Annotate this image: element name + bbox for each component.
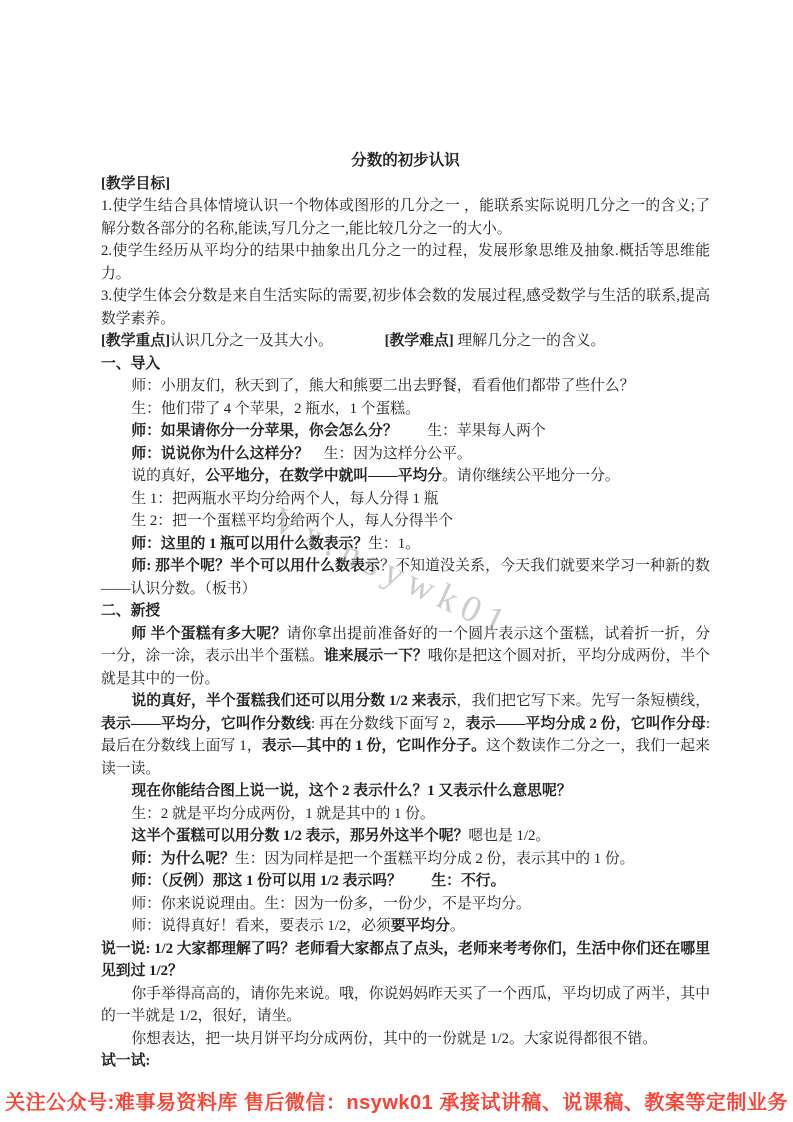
- text-run: 师：（反例）那这 1 份可以用 1/2 表示吗？ 生：不行。: [131, 873, 505, 889]
- text-run: 生 2：把一个蛋糕平均分给两个人，每人分得半个: [131, 513, 453, 529]
- paragraph: 1.使学生结合具体情境认识一个物体或图形的几分之一 ，能联系实际说明几分之一的含…: [101, 195, 710, 240]
- text-run: 师：你来说说理由。生：因为一份多，一份少，不是平均分。: [131, 896, 531, 912]
- text-run: 生：他们带了 4 个苹果，2 瓶水，1 个蛋糕。: [131, 401, 420, 417]
- text-run: 你手举得高高的，请你先来说。哦，你说妈妈昨天买了一个西瓜，平均切成了两半，其中的…: [101, 986, 710, 1025]
- text-run: 师：这里的 1 瓶可以用什么数表示？: [131, 536, 368, 552]
- text-run: 分数的初步认识: [351, 152, 460, 169]
- document-page: 分数的初步认识[教学目标]1.使学生结合具体情境认识一个物体或图形的几分之一 ，…: [0, 0, 793, 1122]
- text-run: 谁来展示一下？: [324, 648, 428, 664]
- text-run: [325, 333, 384, 349]
- text-run: 理解几分之一的含义。: [454, 333, 606, 349]
- paragraph: 生：他们带了 4 个苹果，2 瓶水，1 个蛋糕。: [101, 398, 710, 421]
- text-run: 师：如果请你分一分苹果，你会怎么分？: [131, 423, 397, 439]
- text-run: 认识几分之一及其大小。: [170, 333, 325, 349]
- text-run: 表示——平均分成 2 份，它叫作分母: [466, 716, 706, 732]
- text-run: 师：说得真好！看来，要表示 1/2，必须: [131, 918, 390, 934]
- text-run: 说的真好，: [131, 468, 205, 484]
- paragraph: 生 2：把一个蛋糕平均分给两个人，每人分得半个: [101, 510, 710, 533]
- text-run: 生：因为同样是把一个蛋糕平均分成 2 份，表示其中的 1 份。: [235, 851, 635, 867]
- text-run: 。: [450, 918, 465, 934]
- text-run: [教学重点]: [101, 333, 170, 349]
- text-run: 1.使学生结合具体情境认识一个物体或图形的几分之一 ，能联系实际说明几分之一的含…: [101, 198, 710, 237]
- text-run: 师 半个蛋糕有多大呢？: [131, 626, 286, 642]
- text-run: 你想表达，把一块月饼平均分成两份，其中的一份就是 1/2。大家说得都很不错。: [131, 1031, 657, 1047]
- text-run: 试一试:: [101, 1053, 150, 1069]
- text-run: 一、导入: [101, 356, 160, 372]
- paragraph: 这半个蛋糕可以用分数 1/2 表示，那另外这半个呢？嗯也是 1/2。: [101, 825, 710, 848]
- paragraph: 生：2 就是平均分成两份，1 就是其中的 1 份。: [101, 803, 710, 826]
- document-body: 分数的初步认识[教学目标]1.使学生结合具体情境认识一个物体或图形的几分之一 ，…: [101, 150, 710, 1073]
- page-title: 分数的初步认识: [101, 150, 710, 173]
- paragraph: 说的真好，半个蛋糕我们还可以用分数 1/2 来表示，我们把它写下来。先写一条短横…: [101, 690, 710, 780]
- paragraph: 试一试:: [101, 1050, 710, 1073]
- text-run: 要平均分: [391, 918, 450, 934]
- text-run: 表示—其中的 1 份，它叫作分子。: [262, 738, 486, 754]
- text-run: 。请你继续公平地分一分。: [442, 468, 620, 484]
- text-run: 这半个蛋糕可以用分数 1/2 表示，那另外这半个呢？: [131, 828, 468, 844]
- paragraph: 二、新授: [101, 600, 710, 623]
- text-run: : 再在分数线下面写 2，: [311, 716, 466, 732]
- paragraph: 师：如果请你分一分苹果，你会怎么分？ 生：苹果每人两个: [101, 420, 710, 443]
- text-run: 表示——平均分，它叫作分数线: [101, 716, 311, 732]
- paragraph: 师：小朋友们，秋天到了，熊大和熊要二出去野餐，看看他们都带了些什么？: [101, 375, 710, 398]
- text-run: 生：2 就是平均分成两份，1 就是其中的 1 份。: [131, 806, 434, 822]
- paragraph: 师：说说你为什么这样分？ 生：因为这样分公平。: [101, 443, 710, 466]
- paragraph: 师：为什么呢？生：因为同样是把一个蛋糕平均分成 2 份，表示其中的 1 份。: [101, 848, 710, 871]
- text-run: [教学难点]: [385, 333, 454, 349]
- text-run: 3.使学生体会分数是来自生活实际的需要,初步体会数的发展过程,感受数学与生活的联…: [101, 288, 710, 327]
- paragraph: 说一说: 1/2 大家都理解了吗？老师看大家都点了点头，老师来考考你们，生活中你…: [101, 938, 710, 983]
- text-run: ，我们把它写下来。先写一条短横线，: [456, 693, 710, 709]
- text-run: 师：说说你为什么这样分？: [131, 446, 309, 462]
- paragraph: 你想表达，把一块月饼平均分成两份，其中的一份就是 1/2。大家说得都很不错。: [101, 1028, 710, 1051]
- text-run: 师：小朋友们，秋天到了，熊大和熊要二出去野餐，看看他们都带了些什么？: [131, 378, 634, 394]
- text-run: 说一说: 1/2 大家都理解了吗？老师看大家都点了点头，老师来考考你们，生活中你…: [101, 941, 710, 980]
- paragraph: 师 半个蛋糕有多大呢？请你拿出提前准备好的一个圆片表示这个蛋糕，试着折一折，分一…: [101, 623, 710, 691]
- text-run: 2.使学生经历从平均分的结果中抽象出几分之一的过程，发展形象思维及抽象.概括等思…: [101, 243, 710, 282]
- paragraph: [教学目标]: [101, 173, 710, 196]
- paragraph: 师：这里的 1 瓶可以用什么数表示？生：1。: [101, 533, 710, 556]
- text-run: 生：因为这样分公平。: [309, 446, 472, 462]
- paragraph: 说的真好，公平地分，在数学中就叫——平均分。请你继续公平地分一分。: [101, 465, 710, 488]
- paragraph: [教学重点]认识几分之一及其大小。 [教学难点] 理解几分之一的含义。: [101, 330, 710, 353]
- paragraph: 现在你能结合图上说一说，这个 2 表示什么？1 又表示什么意思呢？: [101, 780, 710, 803]
- paragraph: 师：说得真好！看来，要表示 1/2，必须要平均分。: [101, 915, 710, 938]
- text-run: 师: 那半个呢？半个可以用什么数表示: [131, 558, 380, 574]
- text-run: 嗯也是 1/2。: [468, 828, 550, 844]
- paragraph: 一、导入: [101, 353, 710, 376]
- text-run: 说的真好，半个蛋糕我们还可以用分数 1/2 来表示: [131, 693, 456, 709]
- footer-promo-text: 关注公众号:难事易资料库 售后微信：nsywk01 承接试讲稿、说课稿、教案等定…: [0, 1086, 793, 1115]
- paragraph: 师: 那半个呢？半个可以用什么数表示？不知道没关系，今天我们就要来学习一种新的数…: [101, 555, 710, 600]
- text-run: 生：1。: [368, 536, 420, 552]
- text-run: 师：为什么呢？: [131, 851, 235, 867]
- text-run: [教学目标]: [101, 176, 170, 192]
- paragraph: 师：你来说说理由。生：因为一份多，一份少，不是平均分。: [101, 893, 710, 916]
- paragraph: 师：（反例）那这 1 份可以用 1/2 表示吗？ 生：不行。: [101, 870, 710, 893]
- text-run: 二、新授: [101, 603, 160, 619]
- text-run: 生：苹果每人两个: [398, 423, 546, 439]
- text-run: 生 1：把两瓶水平均分给两个人，每人分得 1 瓶: [131, 491, 438, 507]
- paragraph: 你手举得高高的，请你先来说。哦，你说妈妈昨天买了一个西瓜，平均切成了两半，其中的…: [101, 983, 710, 1028]
- paragraph: 2.使学生经历从平均分的结果中抽象出几分之一的过程，发展形象思维及抽象.概括等思…: [101, 240, 710, 285]
- paragraph: 生 1：把两瓶水平均分给两个人，每人分得 1 瓶: [101, 488, 710, 511]
- text-run: 现在你能结合图上说一说，这个 2 表示什么？1 又表示什么意思呢？: [131, 783, 571, 799]
- paragraph: 3.使学生体会分数是来自生活实际的需要,初步体会数的发展过程,感受数学与生活的联…: [101, 285, 710, 330]
- text-run: 公平地分，在数学中就叫——平均分: [205, 468, 442, 484]
